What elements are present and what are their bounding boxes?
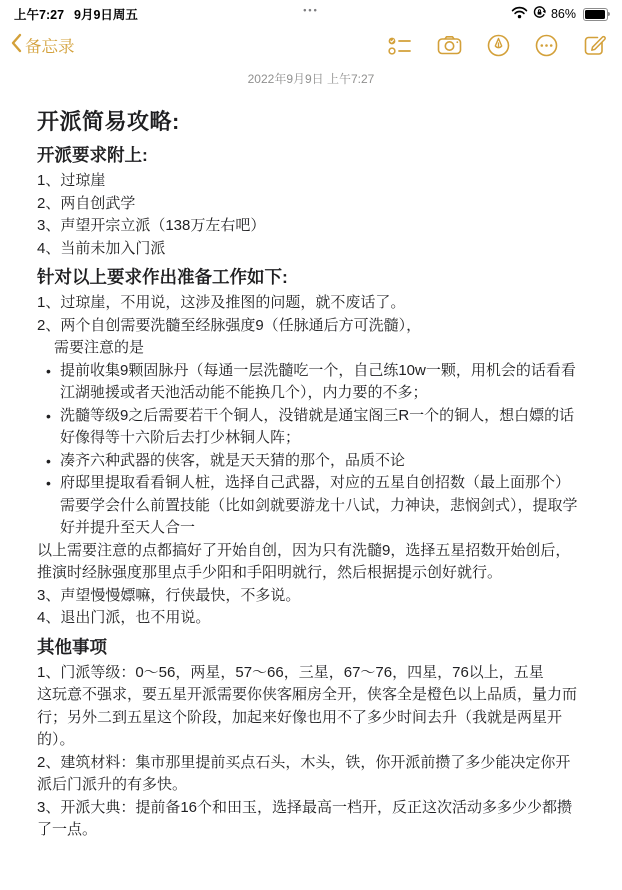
note-paragraph: 3、声望慢慢嫖嘛，行侠最快，不多说。	[37, 585, 584, 608]
note-body[interactable]: 开派简易攻略:开派要求附上:1、过琼崖2、两自创武学3、声望开宗立派（138万左…	[0, 87, 622, 842]
bullet-marker-icon: •	[46, 472, 60, 540]
battery-icon	[583, 8, 608, 21]
note-timestamp: 2022年9月9日 上午7:27	[0, 70, 622, 87]
bullet-marker-icon: •	[46, 405, 60, 450]
note-paragraph: 4、退出门派，也不用说。	[37, 607, 584, 630]
back-button[interactable]: 备忘录	[10, 33, 75, 58]
note-paragraph: 这玩意不强求，要五星开派需要你侠客厢房全开，侠客全是橙色以上品质，量力而行；另外…	[37, 684, 584, 752]
note-heading: 针对以上要求作出准备工作如下:	[37, 264, 584, 289]
note-bullet: •洗髓等级9之后需要若干个铜人，没错就是通宝阁三R一个的铜人，想白嫖的话好像得等…	[37, 405, 584, 450]
markup-icon[interactable]	[487, 34, 510, 57]
note-bullet-text: 提前收集9颗固脉丹（每通一层洗髓吃一个，自己练10w一颗，用机会的话看看江湖驰援…	[60, 360, 584, 405]
multitask-dots-icon: •••	[0, 5, 622, 15]
note-bullet: •凑齐六种武器的侠客，就是天天猜的那个，品质不论	[37, 450, 584, 473]
note-bullet-text: 洗髓等级9之后需要若干个铜人，没错就是通宝阁三R一个的铜人，想白嫖的话好像得等十…	[60, 405, 584, 450]
note-paragraph: 2、两自创武学	[37, 193, 584, 216]
note-paragraph: 1、过琼崖，不用说，这涉及推图的问题，就不废话了。	[37, 292, 584, 315]
note-bullet-text: 府邸里提取看看铜人桩，选择自己武器，对应的五星自创招数（最上面那个）需要学会什么…	[60, 472, 584, 540]
note-paragraph: 以上需要注意的点都搞好了开始自创，因为只有洗髓9，选择五星招数开始创后，推演时经…	[37, 540, 584, 585]
note-heading: 开派要求附上:	[37, 142, 584, 167]
note-bullet: •府邸里提取看看铜人桩，选择自己武器，对应的五星自创招数（最上面那个）需要学会什…	[37, 472, 584, 540]
note-title: 开派简易攻略:	[37, 105, 584, 136]
compose-icon[interactable]	[583, 34, 606, 57]
more-icon[interactable]	[535, 34, 558, 57]
note-paragraph: 3、声望开宗立派（138万左右吧）	[37, 215, 584, 238]
bullet-marker-icon: •	[46, 450, 60, 473]
note-heading: 其他事项	[37, 634, 584, 659]
note-paragraph: 3、开派大典：提前备16个和田玉，选择最高一档开，反正这次活动多多少少都攒了一点…	[37, 797, 584, 842]
note-paragraph: 2、两个自创需要洗髓至经脉强度9（任脉通后方可洗髓），	[37, 315, 584, 338]
note-paragraph: 1、门派等级：0～56，两星，57～66，三星，67～76，四星，76以上，五星	[37, 662, 584, 685]
checklist-icon[interactable]	[387, 35, 412, 56]
bullet-marker-icon: •	[46, 360, 60, 405]
back-label: 备忘录	[25, 33, 75, 57]
note-paragraph: 2、建筑材料：集市那里提前买点石头，木头，铁，你开派前攒了多少能决定你开派后门派…	[37, 752, 584, 797]
note-bullet-text: 凑齐六种武器的侠客，就是天天猜的那个，品质不论	[60, 450, 584, 473]
camera-icon[interactable]	[437, 35, 462, 55]
note-bullet: •提前收集9颗固脉丹（每通一层洗髓吃一个，自己练10w一颗，用机会的话看看江湖驰…	[37, 360, 584, 405]
note-paragraph: 需要注意的是	[37, 337, 584, 360]
nav-bar: 备忘录	[0, 26, 622, 62]
note-paragraph: 4、当前未加入门派	[37, 238, 584, 261]
note-paragraph: 1、过琼崖	[37, 170, 584, 193]
status-bar: 上午7:27 9月9日周五 ••• 86%	[0, 0, 622, 26]
chevron-left-icon	[10, 33, 22, 58]
